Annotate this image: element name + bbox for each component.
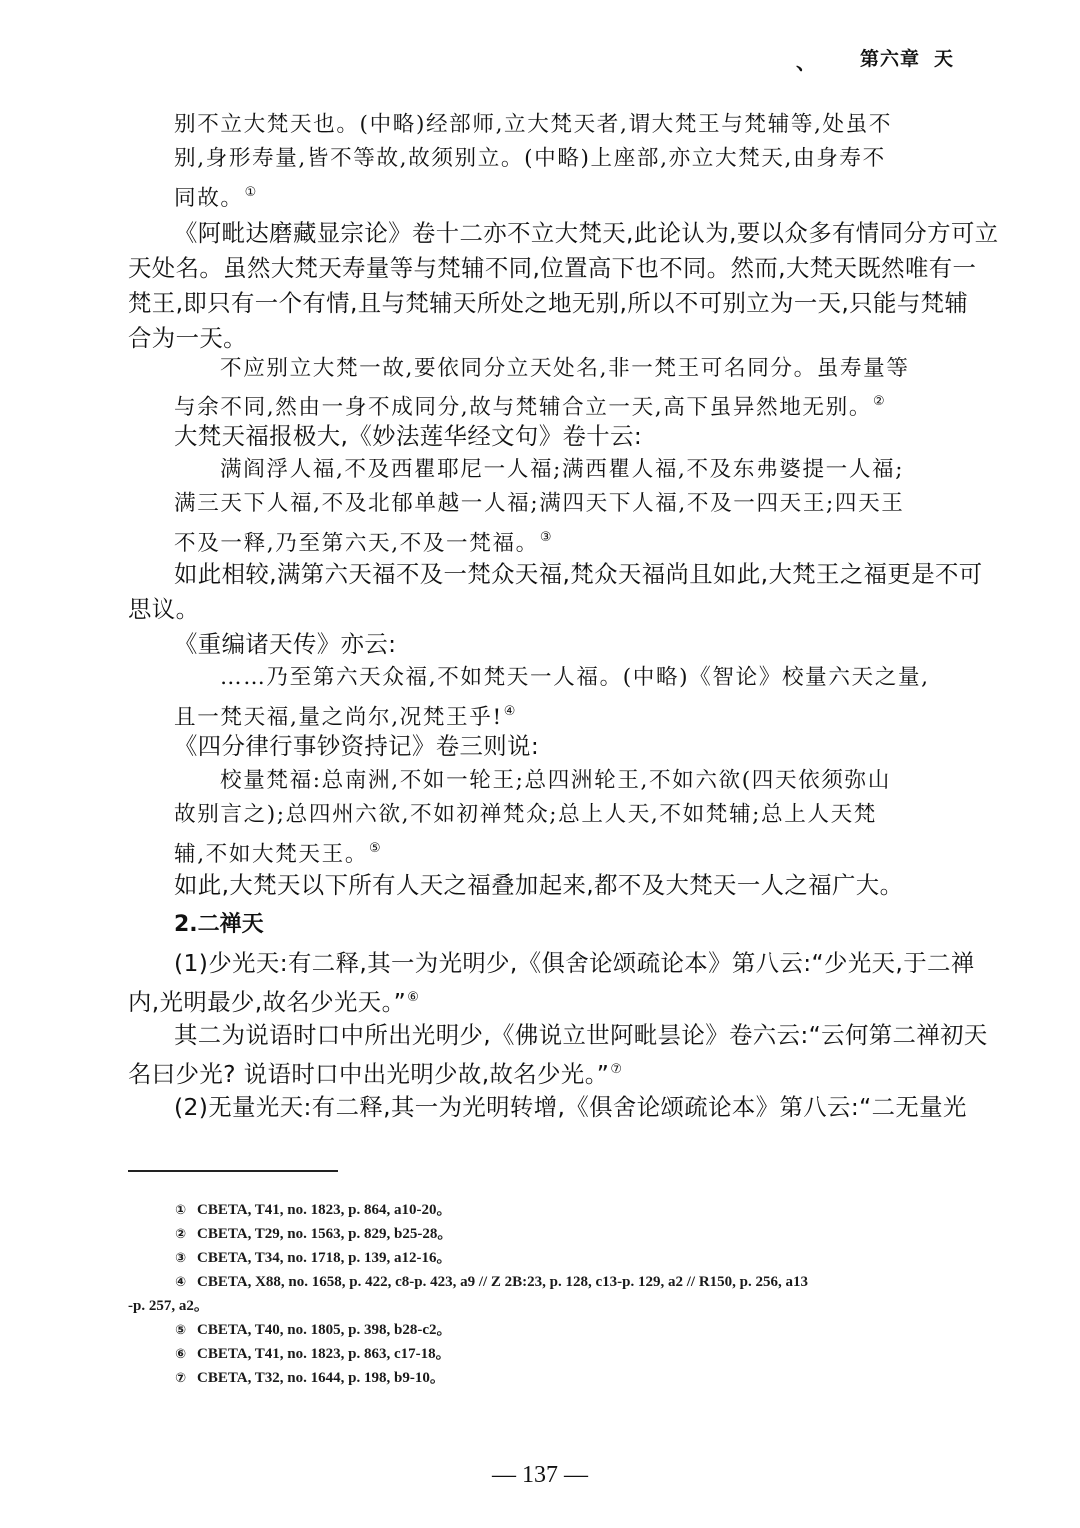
quote-line: 同故。① [174,176,256,216]
book-page: 、 第六章 天 别不立大梵天也。(中略)经部师,立大梵天者,谓大梵王与梵辅等,处… [0,0,1080,1528]
footnote-ref: ⑥ [407,990,419,1005]
body-line: 《四分律行事钞资持记》卷三则说: [174,729,539,763]
quote-line: 不应别立大梵一故,要依同分立天处名,非一梵王可名同分。虽寿量等 [220,352,910,386]
quote-line: 不及一释,乃至第六天,不及一梵福。③ [174,521,552,561]
body-line: 如此,大梵天以下所有人天之福叠加起来,都不及大梵天一人之福广大。 [174,868,903,902]
body-line: (2)无量光天:有二释,其一为光明转增,《俱舍论颂疏论本》第八云:“二无量光 [174,1090,967,1124]
footnote: ⑦CBETA, T32, no. 1644, p. 198, b9-10。 [175,1368,445,1389]
section-heading: 2.二禅天 [174,908,264,942]
quote-line: 满三天下人福,不及北郁单越一人福;满四天下人福,不及一四天王;四天王 [174,487,905,521]
quote-line: 故别言之);总四州六欲,不如初禅梵众;总上人天,不如梵辅;总上人天梵 [174,798,877,832]
body-line: (1)少光天:有二释,其一为光明少,《俱舍论颂疏论本》第八云:“少光天,于二禅 [174,946,975,980]
footnote: ③CBETA, T34, no. 1718, p. 139, a12-16。 [175,1248,451,1269]
footnote: ⑤CBETA, T40, no. 1805, p. 398, b28-c2。 [175,1320,451,1341]
footnote: ②CBETA, T29, no. 1563, p. 829, b25-28。 [175,1224,452,1245]
footnote-continuation: -p. 257, a2。 [128,1296,209,1316]
footnote-ref: ⑦ [610,1062,622,1077]
footnote-ref: ② [873,394,885,409]
footnote: ⑥CBETA, T41, no. 1823, p. 863, c17-18。 [175,1344,451,1365]
body-line: 思议。 [128,592,199,626]
footnote-ref: ① [245,185,257,200]
quote-line: ……乃至第六天众福,不如梵天一人福。(中略)《智论》校量六天之量, [220,661,930,695]
body-line: 其二为说语时口中所出光明少,《佛说立世阿毗昙论》卷六云:“云何第二禅初天 [174,1018,988,1052]
body-line: 合为一天。 [128,321,247,355]
running-head: 、 第六章 天 [0,44,1080,74]
body-line: 如此相较,满第六天福不及一梵众天福,梵众天福尚且如此,大梵王之福更是不可 [174,557,983,591]
body-line: 大梵天福报极大,《妙法莲华经文句》卷十云: [174,419,642,453]
body-line: 梵王,即只有一个有情,且与梵辅天所处之地无别,所以不可别立为一天,只能与梵辅 [128,286,968,320]
footnote-ref: ③ [540,530,552,545]
body-line: 《重编诸天传》亦云: [174,627,396,661]
running-head-mark: 、 [796,46,816,75]
body-line: 《阿毗达磨藏显宗论》卷十二亦不立大梵天,此论认为,要以众多有情同分方可立 [174,216,999,250]
footnote-ref: ④ [504,704,516,719]
body-line: 天处名。虽然大梵天寿量等与梵辅不同,位置高下也不同。然而,大梵天既然唯有一 [128,251,976,285]
footnote: ④CBETA, X88, no. 1658, p. 422, c8-p. 423… [175,1272,808,1293]
quote-line: 别不立大梵天也。(中略)经部师,立大梵天者,谓大梵王与梵辅等,处虽不 [174,108,892,142]
footnote-ref: ⑤ [369,841,381,856]
chapter-title: 天 [934,44,953,71]
chapter-label: 第六章 [860,44,920,71]
quote-line: 辅,不如大梵天王。⑤ [174,832,381,872]
quote-line: 校量梵福:总南洲,不如一轮王;总四洲轮王,不如六欲(四天依须弥山 [220,764,891,798]
quote-line: 别,身形寿量,皆不等故,故须别立。(中略)上座部,亦立大梵天,由身寿不 [174,142,886,176]
body-line: 名曰少光? 说语时口中出光明少故,故名少光。”⑦ [128,1053,622,1091]
quote-line: 满阎浮人福,不及西瞿耶尼一人福;满西瞿人福,不及东弗婆提一人福; [220,453,904,487]
footnote-divider [128,1170,338,1172]
footnote: ①CBETA, T41, no. 1823, p. 864, a10-20。 [175,1200,451,1221]
body-line: 内,光明最少,故名少光天。”⑥ [128,981,419,1019]
page-number: — 137 — [0,1462,1080,1489]
